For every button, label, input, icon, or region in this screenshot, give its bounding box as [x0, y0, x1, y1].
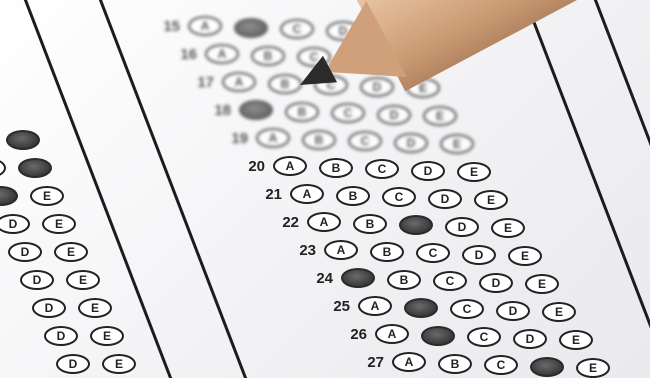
answer-bubble-e[interactable]: E [6, 130, 40, 150]
answer-bubble-e[interactable]: E [90, 326, 124, 346]
answer-bubble-d[interactable]: D [0, 214, 30, 234]
answer-bubble-a[interactable]: A [222, 72, 256, 92]
answer-bubble-e[interactable]: E [66, 270, 100, 290]
answer-bubble-b[interactable]: B [319, 158, 353, 178]
answer-row-partial: DE [56, 354, 148, 374]
question-number: 19 [218, 130, 248, 147]
question-number: 21 [252, 186, 282, 203]
answer-bubble-b[interactable]: B [353, 214, 387, 234]
answer-bubble-b[interactable]: B [438, 354, 472, 374]
answer-bubble-a[interactable]: A [307, 212, 341, 232]
answer-sheet-photo: 15ABCDE16ABCDE17ABCDE18ABCDE19ABCDE20ABC… [0, 0, 650, 378]
answer-bubble-a[interactable]: A [205, 44, 239, 64]
answer-bubble-e[interactable]: E [102, 354, 136, 374]
answer-bubble-c[interactable]: C [348, 131, 382, 151]
answer-bubble-b[interactable]: B [302, 130, 336, 150]
answer-bubble-c[interactable]: C [450, 299, 484, 319]
answer-bubble-e[interactable]: E [42, 214, 76, 234]
answer-bubble-d[interactable]: D [8, 242, 42, 262]
question-number: 20 [235, 158, 265, 175]
answer-bubble-c[interactable]: C [382, 187, 416, 207]
answer-row-partial: DE [8, 242, 100, 262]
answer-bubble-b[interactable]: B [404, 298, 438, 318]
answer-bubble-c[interactable]: C [416, 243, 450, 263]
answer-bubble-e[interactable]: E [54, 242, 88, 262]
answer-bubble-e[interactable]: E [18, 158, 52, 178]
answer-bubble-b[interactable]: B [370, 242, 404, 262]
answer-bubble-e[interactable]: E [30, 186, 64, 206]
answer-bubble-a[interactable]: A [239, 100, 273, 120]
answer-bubble-d[interactable]: D [530, 357, 564, 377]
answer-bubble-a[interactable]: A [256, 128, 290, 148]
answer-bubble-a[interactable]: A [324, 240, 358, 260]
answer-row-partial: DE [0, 214, 88, 234]
answer-bubble-e[interactable]: E [78, 298, 112, 318]
question-number: 22 [269, 214, 299, 231]
answer-bubble-a[interactable]: A [273, 156, 307, 176]
answer-bubble-b[interactable]: B [421, 326, 455, 346]
answer-row-partial: DE [0, 158, 64, 178]
answer-bubble-a[interactable]: A [188, 16, 222, 36]
answer-bubble-b[interactable]: B [336, 186, 370, 206]
answer-bubble-d[interactable]: D [0, 158, 6, 178]
answer-bubble-d[interactable]: D [20, 270, 54, 290]
answer-bubble-a[interactable]: A [358, 296, 392, 316]
answer-row-partial: DE [0, 130, 52, 150]
answer-bubble-d[interactable]: D [32, 298, 66, 318]
answer-bubble-b[interactable]: B [234, 18, 268, 38]
question-number: 23 [286, 242, 316, 259]
answer-row: 27ABCDE [354, 346, 622, 378]
answer-bubble-c[interactable]: C [399, 215, 433, 235]
answer-bubble-c[interactable]: C [433, 271, 467, 291]
answer-bubble-a[interactable]: A [392, 352, 426, 372]
answer-bubble-a[interactable]: A [375, 324, 409, 344]
question-number: 17 [184, 74, 214, 91]
answer-row-partial: DE [20, 270, 112, 290]
question-number: 24 [303, 270, 333, 287]
answer-bubble-d[interactable]: D [44, 326, 78, 346]
answer-row-partial: DE [0, 186, 76, 206]
answer-row-partial: DE [44, 326, 136, 346]
question-number: 27 [354, 354, 384, 371]
answer-bubble-b[interactable]: B [387, 270, 421, 290]
answer-bubble-e[interactable]: E [576, 358, 610, 378]
answer-bubble-a[interactable]: A [341, 268, 375, 288]
column-divider-line [590, 0, 650, 158]
answer-bubble-c[interactable]: C [365, 159, 399, 179]
question-number: 26 [337, 326, 367, 343]
answer-bubble-d[interactable]: D [56, 354, 90, 374]
question-number: 18 [201, 102, 231, 119]
answer-bubble-c[interactable]: C [484, 355, 518, 375]
question-number: 25 [320, 298, 350, 315]
answer-bubble-d[interactable]: D [0, 186, 18, 206]
answer-bubble-c[interactable]: C [467, 327, 501, 347]
question-number: 16 [167, 46, 197, 63]
answer-bubble-a[interactable]: A [290, 184, 324, 204]
answer-row-partial: DE [32, 298, 124, 318]
question-number: 15 [150, 18, 180, 35]
